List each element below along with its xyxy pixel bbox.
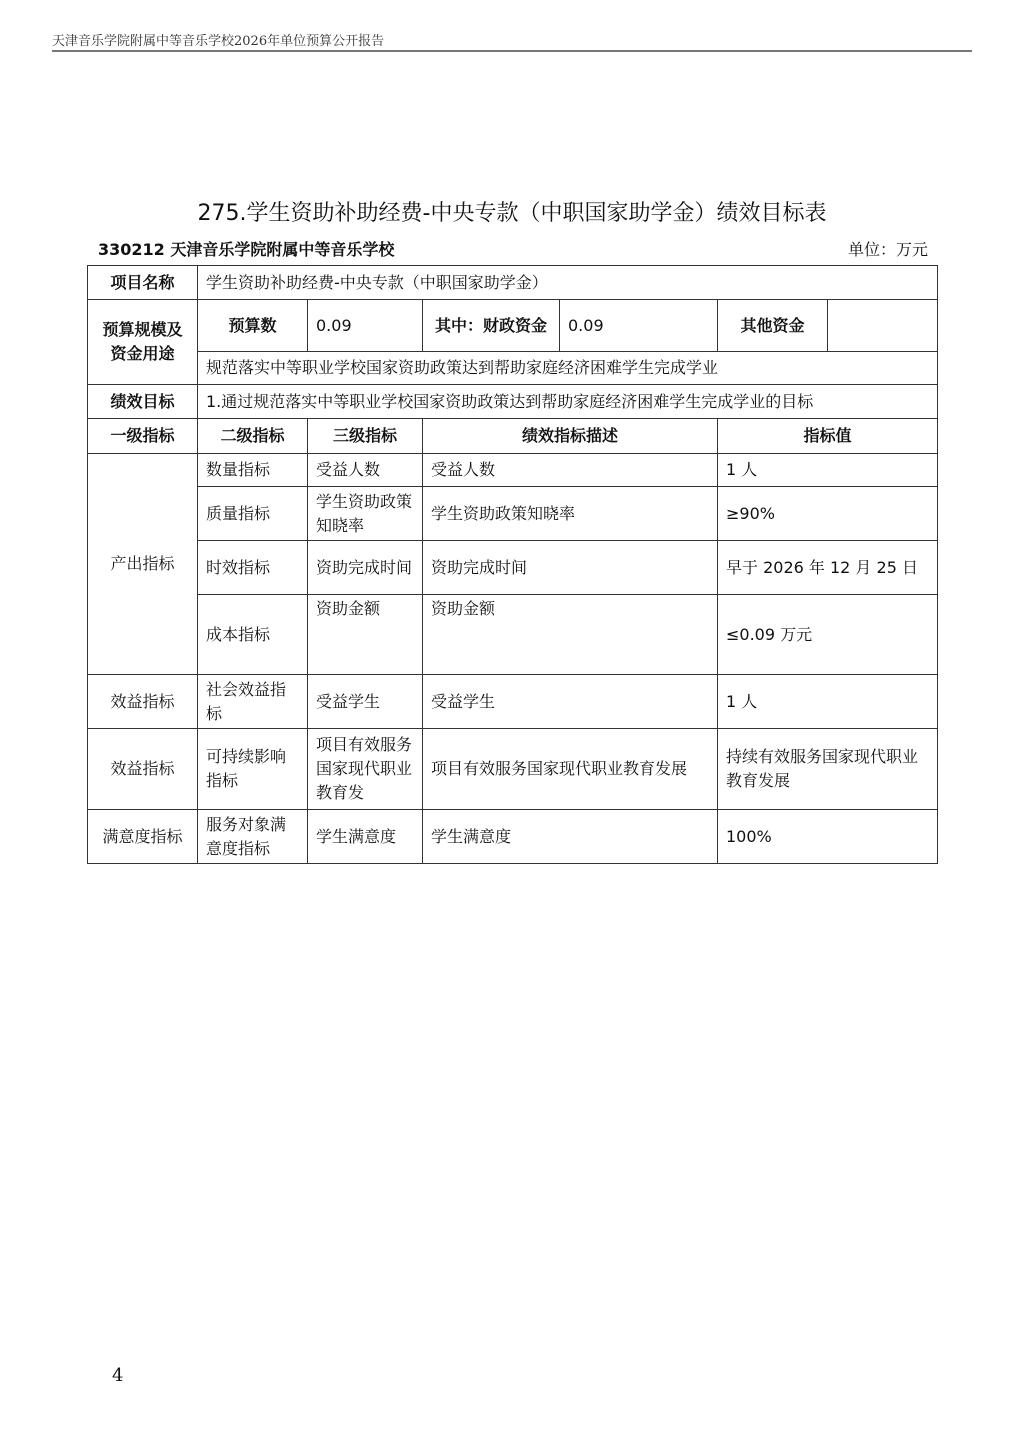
page-title: 275.学生资助补助经费-中央专款（中职国家助学金）绩效目标表	[0, 196, 1024, 227]
header-level2: 二级指标	[198, 419, 308, 454]
other-funds-value	[828, 300, 938, 352]
header-level1: 一级指标	[88, 419, 198, 454]
goal-row: 绩效目标 1.通过规范落实中等职业学校国家资助政策达到帮助家庭经济困难学生完成学…	[88, 385, 938, 419]
performance-target-table: 项目名称 学生资助补助经费-中央专款（中职国家助学金） 预算规模及资金用途 预算…	[87, 265, 938, 864]
fiscal-funds-value: 0.09	[560, 300, 718, 352]
level2-cell: 成本指标	[198, 595, 308, 675]
description-cell: 资助完成时间	[423, 541, 718, 595]
table-row: 满意度指标 服务对象满意度指标 学生满意度 学生满意度 100%	[88, 810, 938, 864]
level2-cell: 社会效益指标	[198, 675, 308, 729]
indicator-header-row: 一级指标 二级指标 三级指标 绩效指标描述 指标值	[88, 419, 938, 454]
goal-label: 绩效目标	[88, 385, 198, 419]
page-number: 4	[112, 1365, 123, 1386]
table-row: 质量指标 学生资助政策知晓率 学生资助政策知晓率 ≥90%	[88, 487, 938, 541]
fund-use-row: 规范落实中等职业学校国家资助政策达到帮助家庭经济困难学生完成学业	[88, 352, 938, 385]
level2-cell: 数量指标	[198, 454, 308, 487]
table-row: 成本指标 资助金额 资助金额 ≤0.09 万元	[88, 595, 938, 675]
organization-label: 330212 天津音乐学院附属中等音乐学校	[98, 237, 394, 260]
value-cell: ≤0.09 万元	[718, 595, 938, 675]
project-name-label: 项目名称	[88, 266, 198, 300]
value-cell: 1 人	[718, 675, 938, 729]
header-description: 绩效指标描述	[423, 419, 718, 454]
level3-cell: 学生资助政策知晓率	[308, 487, 423, 541]
output-group-label: 产出指标	[88, 454, 198, 675]
project-name-row: 项目名称 学生资助补助经费-中央专款（中职国家助学金）	[88, 266, 938, 300]
description-cell: 受益学生	[423, 675, 718, 729]
budget-amount-label: 预算数	[198, 300, 308, 352]
level1-cell: 效益指标	[88, 675, 198, 729]
budget-row: 预算规模及资金用途 预算数 0.09 其中：财政资金 0.09 其他资金	[88, 300, 938, 352]
table-row: 效益指标 可持续影响指标 项目有效服务国家现代职业教育发 项目有效服务国家现代职…	[88, 729, 938, 810]
table-row: 产出指标 数量指标 受益人数 受益人数 1 人	[88, 454, 938, 487]
level3-cell: 受益人数	[308, 454, 423, 487]
level2-cell: 质量指标	[198, 487, 308, 541]
fund-use-value: 规范落实中等职业学校国家资助政策达到帮助家庭经济困难学生完成学业	[198, 352, 938, 385]
level3-cell: 资助金额	[308, 595, 423, 675]
table-row: 时效指标 资助完成时间 资助完成时间 早于 2026 年 12 月 25 日	[88, 541, 938, 595]
header-value: 指标值	[718, 419, 938, 454]
level2-cell: 时效指标	[198, 541, 308, 595]
unit-label: 单位：万元	[848, 237, 928, 260]
level3-cell: 学生满意度	[308, 810, 423, 864]
other-funds-label: 其他资金	[718, 300, 828, 352]
level2-cell: 服务对象满意度指标	[198, 810, 308, 864]
running-header: 天津音乐学院附属中等音乐学校2026年单位预算公开报告	[52, 30, 384, 49]
value-cell: ≥90%	[718, 487, 938, 541]
description-cell: 学生满意度	[423, 810, 718, 864]
goal-value: 1.通过规范落实中等职业学校国家资助政策达到帮助家庭经济困难学生完成学业的目标	[198, 385, 938, 419]
budget-label: 预算规模及资金用途	[88, 300, 198, 385]
description-cell: 资助金额	[423, 595, 718, 675]
value-cell: 100%	[718, 810, 938, 864]
value-cell: 早于 2026 年 12 月 25 日	[718, 541, 938, 595]
description-cell: 项目有效服务国家现代职业教育发展	[423, 729, 718, 810]
description-cell: 受益人数	[423, 454, 718, 487]
table-row: 效益指标 社会效益指标 受益学生 受益学生 1 人	[88, 675, 938, 729]
level1-cell: 效益指标	[88, 729, 198, 810]
value-cell: 1 人	[718, 454, 938, 487]
header-rule	[52, 50, 972, 52]
fiscal-funds-label: 其中：财政资金	[423, 300, 560, 352]
description-cell: 学生资助政策知晓率	[423, 487, 718, 541]
level3-cell: 项目有效服务国家现代职业教育发	[308, 729, 423, 810]
value-cell: 持续有效服务国家现代职业教育发展	[718, 729, 938, 810]
level3-cell: 资助完成时间	[308, 541, 423, 595]
level3-cell: 受益学生	[308, 675, 423, 729]
level1-cell: 满意度指标	[88, 810, 198, 864]
header-level3: 三级指标	[308, 419, 423, 454]
budget-amount-value: 0.09	[308, 300, 423, 352]
level2-cell: 可持续影响指标	[198, 729, 308, 810]
project-name-value: 学生资助补助经费-中央专款（中职国家助学金）	[198, 266, 938, 300]
